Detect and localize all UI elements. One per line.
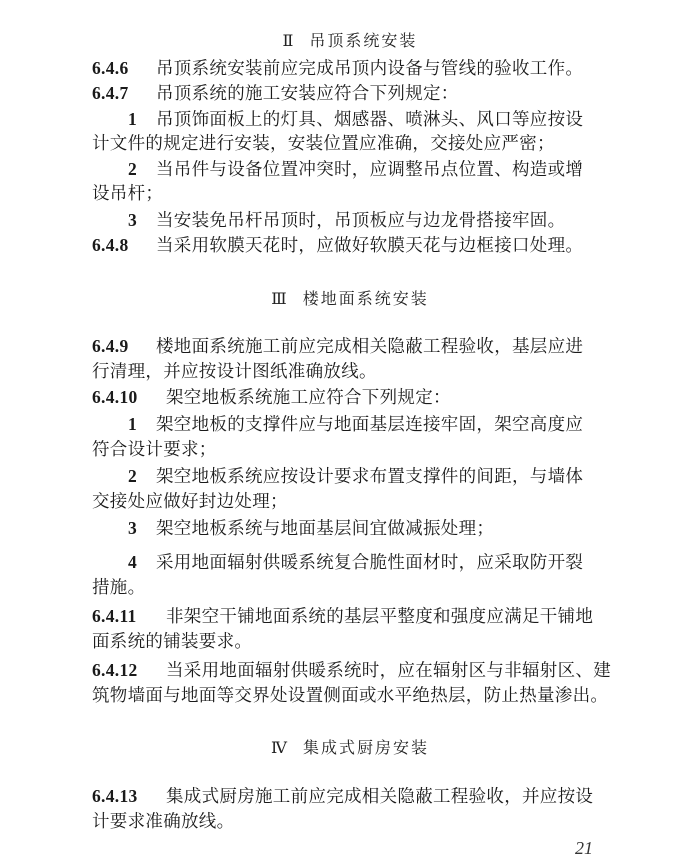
clause-text: 当采用软膜天花时，应做好软膜天花与边框接口处理。: [156, 236, 583, 256]
section-numeral: Ⅱ: [283, 31, 294, 50]
item-number: 4: [128, 550, 156, 575]
clause-6-4-13: 6.4.13集成式厨房施工前应完成相关隐蔽工程验收，并应按设: [92, 784, 608, 809]
clause-number: 6.4.6: [92, 56, 156, 81]
clause-continuation: 行清理，并应按设计图纸准确放线。: [92, 360, 608, 385]
item-continuation: 计文件的规定进行安装，安装位置应准确，交接处应严密；: [92, 132, 608, 157]
clause-continuation: 筑物墙面与地面等交界处设置侧面或水平绝热层，防止热量渗出。: [92, 684, 608, 709]
section-numeral: Ⅳ: [271, 738, 287, 757]
item-number: 2: [128, 157, 156, 182]
item-continuation: 符合设计要求；: [92, 438, 608, 463]
clause-continuation: 面系统的铺装要求。: [92, 630, 608, 655]
item-number: 1: [128, 107, 156, 132]
clause-text: 楼地面系统施工前应完成相关隐蔽工程验收，基层应进: [156, 337, 583, 357]
section-numeral: Ⅲ: [271, 289, 286, 308]
section-heading-kitchen: Ⅳ集成式厨房安装: [92, 735, 608, 760]
item-text: 架空地板的支撑件应与地面基层连接牢固，架空高度应: [156, 415, 583, 435]
item-number: 3: [128, 516, 156, 541]
item-number: 1: [128, 412, 156, 437]
clause-text: 非架空干铺地面系统的基层平整度和强度应满足干铺地: [166, 607, 593, 627]
clause-6-4-7: 6.4.7吊顶系统的施工安装应符合下列规定：: [92, 81, 608, 106]
item-text: 吊顶饰面板上的灯具、烟感器、喷淋头、风口等应按设: [156, 110, 583, 130]
list-item: 3当安装免吊杆吊顶时，吊顶板应与边龙骨搭接牢固。: [92, 208, 644, 233]
item-continuation: 措施。: [92, 576, 608, 601]
item-text: 架空地板系统应按设计要求布置支撑件的间距，与墙体: [156, 467, 583, 487]
clause-text: 架空地板系统施工应符合下列规定：: [166, 388, 451, 408]
clause-6-4-10: 6.4.10架空地板系统施工应符合下列规定：: [92, 385, 608, 410]
clause-6-4-6: 6.4.6吊顶系统安装前应完成吊顶内设备与管线的验收工作。: [92, 56, 608, 81]
clause-number: 6.4.8: [92, 233, 156, 258]
section-title: 集成式厨房安装: [303, 738, 429, 757]
item-number: 3: [128, 208, 156, 233]
item-text: 采用地面辐射供暖系统复合脆性面材时，应采取防开裂: [156, 553, 583, 573]
clause-6-4-12: 6.4.12当采用地面辐射供暖系统时，应在辐射区与非辐射区、建: [92, 658, 608, 683]
clause-continuation: 计要求准确放线。: [92, 810, 608, 835]
list-item: 1架空地板的支撑件应与地面基层连接牢固，架空高度应: [92, 412, 644, 437]
clause-number: 6.4.10: [92, 385, 166, 410]
clause-6-4-8: 6.4.8当采用软膜天花时，应做好软膜天花与边框接口处理。: [92, 233, 608, 258]
list-item: 4采用地面辐射供暖系统复合脆性面材时，应采取防开裂: [92, 550, 644, 575]
section-title: 楼地面系统安装: [303, 289, 429, 308]
section-heading-ceiling: Ⅱ吊顶系统安装: [92, 28, 608, 53]
item-text: 当安装免吊杆吊顶时，吊顶板应与边龙骨搭接牢固。: [156, 211, 565, 231]
clause-number: 6.4.9: [92, 334, 156, 359]
item-continuation: 设吊杆；: [92, 182, 608, 207]
list-item: 2当吊件与设备位置冲突时，应调整吊点位置、构造或增: [92, 157, 644, 182]
section-title: 吊顶系统安装: [309, 31, 417, 50]
clause-text: 吊顶系统的施工安装应符合下列规定：: [156, 84, 459, 104]
list-item: 2架空地板系统应按设计要求布置支撑件的间距，与墙体: [92, 464, 644, 489]
list-item: 1吊顶饰面板上的灯具、烟感器、喷淋头、风口等应按设: [92, 107, 644, 132]
clause-number: 6.4.12: [92, 658, 166, 683]
clause-6-4-9: 6.4.9楼地面系统施工前应完成相关隐蔽工程验收，基层应进: [92, 334, 608, 359]
clause-number: 6.4.11: [92, 604, 166, 629]
page-number: 21: [575, 838, 593, 859]
item-text: 当吊件与设备位置冲突时，应调整吊点位置、构造或增: [156, 160, 583, 180]
clause-text: 集成式厨房施工前应完成相关隐蔽工程验收，并应按设: [166, 787, 593, 807]
item-text: 架空地板系统与地面基层间宜做减振处理；: [156, 519, 494, 539]
list-item: 3架空地板系统与地面基层间宜做减振处理；: [92, 516, 644, 541]
clause-6-4-11: 6.4.11非架空干铺地面系统的基层平整度和强度应满足干铺地: [92, 604, 608, 629]
clause-text: 当采用地面辐射供暖系统时，应在辐射区与非辐射区、建: [166, 661, 611, 681]
clause-number: 6.4.7: [92, 81, 156, 106]
clause-number: 6.4.13: [92, 784, 166, 809]
section-heading-floor: Ⅲ楼地面系统安装: [92, 286, 608, 311]
clause-text: 吊顶系统安装前应完成吊顶内设备与管线的验收工作。: [156, 59, 583, 79]
item-number: 2: [128, 464, 156, 489]
item-continuation: 交接处应做好封边处理；: [92, 490, 608, 515]
